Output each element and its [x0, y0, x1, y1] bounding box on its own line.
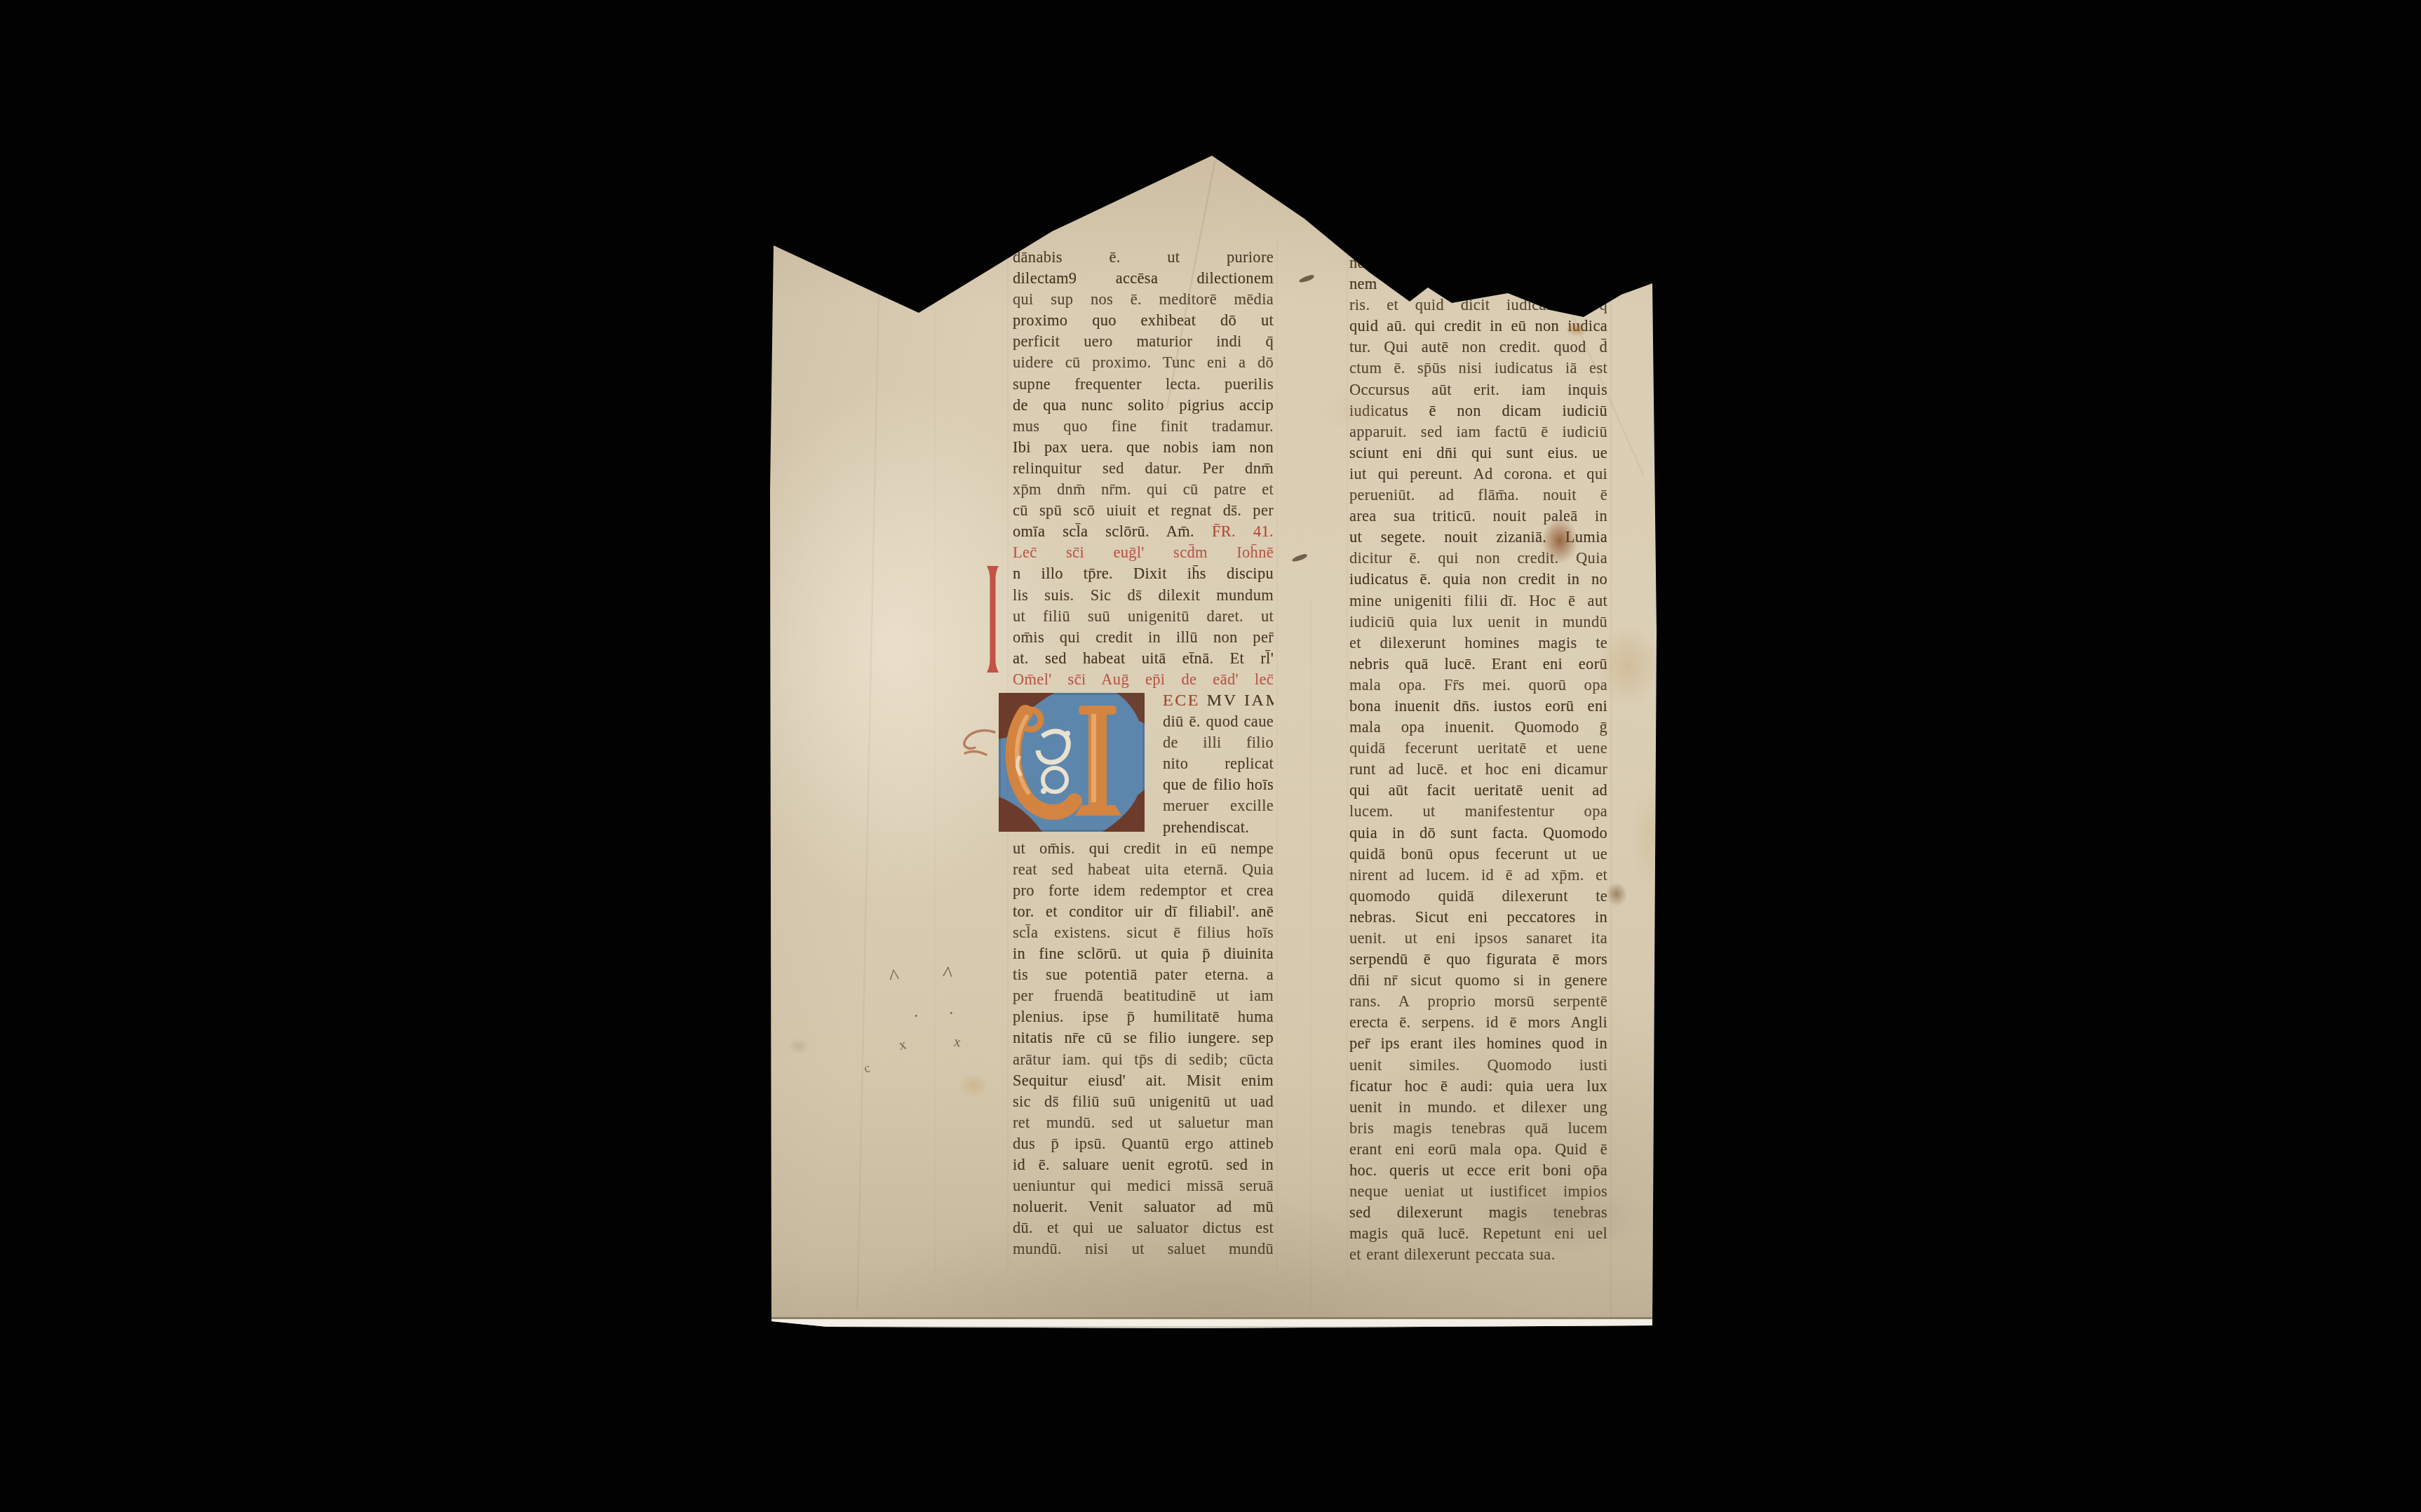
text-line: uenit similes. Quomodo iusti — [1349, 1055, 1607, 1076]
text-line: uenit in mundo. et dilexer ung — [1349, 1097, 1607, 1118]
ink-text: ut om̄is. qui credit in eū nempe — [1013, 839, 1274, 857]
ink-text: qui sup nos ē. meditorē mēdia — [1013, 290, 1274, 308]
text-line: serpendū ē quo figurata ē mors — [1349, 949, 1607, 970]
text-line: omīa scl̄a sclōrū. Am̄. F̄R. 41. — [1013, 521, 1274, 542]
text-line: sic ds̄ filiū suū unigenitū ut uad — [1013, 1091, 1274, 1112]
pen-trial-mark: · — [948, 1004, 955, 1022]
text-line: erant eni eorū mala opa. Quid ē — [1349, 1139, 1607, 1160]
ink-text: meruer excille — [1163, 797, 1274, 814]
text-line: bona inuenit dn̄s. iustos eorū eni — [1349, 696, 1607, 717]
ink-text: iudicatus ē non dicam iudiciū — [1349, 402, 1607, 419]
text-line: dn̄i nr̄ sicut quomo si in genere — [1349, 970, 1607, 991]
ink-text: ueniuntur qui medici missā seruā — [1013, 1177, 1274, 1194]
ink-text: sed dilexerunt magis tenebras — [1349, 1203, 1607, 1221]
ink-text: ret mundū. sed ut saluetur man — [1013, 1114, 1274, 1131]
text-line: apparuit. sed iam factū ē iudiciū — [1349, 421, 1607, 443]
ink-text: quomodo quidā dilexerunt te — [1349, 887, 1607, 905]
ink-text: id ē. saluare uenit egrotū. sed in — [1013, 1156, 1274, 1173]
text-line: mundū. nisi ut saluet mundū — [1013, 1238, 1274, 1260]
text-line: et dilexerunt homines magis te — [1349, 633, 1607, 654]
ink-text: et erant dilexerunt peccata sua. — [1349, 1246, 1556, 1263]
pen-trial-mark: x — [953, 1034, 962, 1049]
ink-text: om̄is qui credit in illū non per̄ — [1013, 628, 1274, 646]
ink-text: uenit. ut eni ipsos sanaret ita — [1349, 929, 1607, 947]
text-line: ut om̄is. qui credit in eū nempe — [1013, 838, 1274, 859]
ink-text: nitatis nr̄e cū se filio iungere. sep — [1013, 1029, 1274, 1046]
ink-text: dn̄i nr̄ sicut quomo si in genere — [1349, 971, 1607, 989]
text-line: at. sed habeat uitā et̄nā. Et rl̄' — [1013, 648, 1274, 669]
ink-text: dus p̄ ipsū. Quantū ergo attineb — [1013, 1135, 1274, 1152]
ink-text: xp̄m dnm̄ nr̄m. qui cū patre et — [1013, 480, 1274, 498]
ink-text: quidā bonū opus fecerunt ut ue — [1349, 845, 1607, 863]
ink-text: noluerit. Venit saluator ad mū — [1013, 1198, 1274, 1215]
text-line: bris magis tenebras quā lucem — [1349, 1118, 1607, 1139]
text-line: nirent ad lucem. id ē ad xp̄m. et — [1349, 865, 1607, 886]
text-line: iut qui pereunt. Ad corona. et qui — [1349, 464, 1607, 485]
text-column-right: nem ut iudicet mūdūnem uis' de ipso nati… — [1349, 252, 1607, 1266]
text-line: tur. Qui autē non credit. quod d̄ — [1349, 337, 1607, 358]
ink-text: ctum ē. sp̄ūs nisi iudicatus iā est — [1349, 359, 1607, 377]
text-line: sed dilexerunt magis tenebras — [1349, 1202, 1607, 1223]
photo-canvas: dānabis ē. ut purioredilectam9 accēsa di… — [0, 0, 2421, 1512]
text-line: tis sue potentiā pater eterna. a — [1013, 964, 1274, 985]
ink-text: at. sed habeat uitā et̄nā. Et rl̄' — [1013, 649, 1274, 667]
text-line: n illo tp̄re. Dixit ih̄s discipu — [1013, 563, 1274, 584]
text-line: Lec̄ sc̄i euḡl' scd̄m Ioh̄nē — [1013, 542, 1274, 563]
ink-text: prehendiscat. dici — [1163, 818, 1249, 838]
ink-text: quidā fecerunt ueritatē et uene — [1349, 739, 1607, 757]
leaf-bottom-edge — [770, 1317, 1658, 1330]
text-line: meruer excille — [1013, 795, 1274, 816]
ink-text: n illo tp̄re. Dixit ih̄s discipu — [1013, 565, 1274, 582]
stain-spot — [1606, 882, 1627, 906]
ruling-line — [1310, 602, 1311, 1317]
gutter-pen-tick — [1292, 553, 1307, 563]
text-line: iudicatus ē. quia non credit in no — [1349, 569, 1607, 590]
text-column-left: dānabis ē. ut purioredilectam9 accēsa di… — [1013, 247, 1274, 1260]
ink-text: et dilexerunt homines magis te — [1349, 634, 1607, 652]
ink-text: sic ds̄ filiū suū unigenitū ut uad — [1013, 1093, 1274, 1110]
text-line: que de filio hoīs — [1013, 774, 1274, 795]
ink-text: nebris quā lucē. Erant eni eorū — [1349, 655, 1607, 673]
ink-text: ris. et quid dicit iudicasseris q̄ — [1349, 296, 1607, 313]
text-line: id ē. saluare uenit egrotū. sed in — [1013, 1154, 1274, 1175]
text-line: per fruendā beatitudinē ut iam — [1013, 985, 1274, 1006]
pen-trial-mark: ^ — [942, 964, 953, 985]
rubric-text: ECE — [1163, 691, 1207, 710]
ink-text: nebras. Sicut eni peccatores in — [1349, 908, 1607, 926]
text-line: mus quo fine finit tradamur. — [1013, 416, 1274, 437]
text-line: rans. A proprio morsū serpentē — [1349, 991, 1607, 1012]
ink-text: neque ueniat ut iustificet impios — [1349, 1182, 1607, 1200]
ink-text: scl̄a existens. sicut ē filius hoīs — [1013, 924, 1274, 941]
ink-text: nem uis' de ipso nati spū — [1349, 275, 1607, 292]
ink-text: Ibi pax uera. que nobis iam non — [1013, 438, 1274, 456]
text-line: uenit. ut eni ipsos sanaret ita — [1349, 928, 1607, 949]
text-line: neque ueniat ut iustificet impios — [1349, 1181, 1607, 1202]
text-line: hoc. queris ut ecce erit boni op̄a — [1349, 1160, 1607, 1181]
text-line: quid aū. qui credit in eū non iudica — [1349, 316, 1607, 337]
text-line: sciunt eni dn̄i qui sunt eius. ue — [1349, 443, 1607, 464]
ink-text: nito replicat — [1163, 755, 1274, 772]
text-line: relinquitur sed datur. Per dnm̄ — [1013, 458, 1274, 479]
rubric-text: Lec̄ sc̄i euḡl' scd̄m Ioh̄nē — [1013, 544, 1274, 561]
ink-text: magis quā lucē. Repetunt eni uel — [1349, 1224, 1607, 1242]
text-line: uidere cū proximo. Tunc eni a dō — [1013, 352, 1274, 373]
text-line: plenius. ipse p̄ humilitatē huma — [1013, 1006, 1274, 1027]
text-line: mala opa. Fr̄s mei. quorū opa — [1349, 675, 1607, 696]
ink-text: uenit similes. Quomodo iusti — [1349, 1056, 1607, 1074]
ruling-line — [1610, 244, 1612, 1317]
ink-text: erant eni eorū mala opa. Quid ē — [1349, 1140, 1607, 1158]
ink-text: apparuit. sed iam factū ē iudiciū — [1349, 423, 1607, 440]
ink-text: erecta ē. serpens. id ē mors Angli — [1349, 1013, 1607, 1031]
text-line: reat sed habeat uita eternā. Quia — [1013, 859, 1274, 880]
ink-text: omīa scl̄a sclōrū. Am̄. — [1013, 522, 1212, 540]
ink-text: per̄ ips erant iles homines quod in — [1349, 1034, 1607, 1052]
text-line: diū ē. quod caue — [1013, 711, 1274, 732]
ink-text: qui aūt facit ueritatē uenit ad — [1349, 781, 1607, 799]
text-line: prehendiscat. dici — [1013, 817, 1274, 838]
stain-spot — [1630, 784, 1676, 889]
ink-text: diū ē. quod caue — [1163, 713, 1274, 730]
ink-text: pro forte idem redemptor et crea — [1013, 882, 1274, 899]
ink-text: tis sue potentiā pater eterna. a — [1013, 966, 1274, 983]
ruling-line — [1347, 244, 1348, 1281]
text-line: ut segete. nouit zizaniā. Lumia — [1349, 527, 1607, 548]
text-line: cū spū scō uiuit et regnat ds̄. per — [1013, 500, 1274, 521]
text-line: ueniuntur qui medici missā seruā — [1013, 1175, 1274, 1196]
pen-trial-mark: ^ — [888, 966, 900, 987]
text-line: iudiciū quia lux uenit in mundū — [1349, 612, 1607, 633]
text-line: noluerit. Venit saluator ad mū — [1013, 1196, 1274, 1217]
ink-text: hoc. queris ut ecce erit boni op̄a — [1349, 1161, 1607, 1179]
stain-spot — [788, 1038, 809, 1055]
ink-text: supne frequenter lecta. puerilis — [1013, 375, 1274, 393]
text-line: ut filiū suū unigenitū daret. ut — [1013, 606, 1274, 627]
ink-text: de illi filio unige — [1163, 734, 1274, 753]
text-line: in fine sclōrū. ut quia p̄ diuinita — [1013, 943, 1274, 964]
ink-text: que de filio hoīs — [1163, 776, 1274, 793]
ink-text: ficatur hoc ē audi: quia uera lux — [1349, 1077, 1607, 1095]
ink-text: iudiciū quia lux uenit in mundū — [1349, 613, 1607, 630]
ruling-line — [1007, 237, 1009, 1271]
text-line: iudicatus ē non dicam iudiciū — [1349, 400, 1607, 421]
ink-text: serpendū ē quo figurata ē mors — [1349, 950, 1607, 968]
ink-text: mundū. nisi ut saluet mundū — [1013, 1240, 1274, 1257]
ink-text: mala opa inuenit. Quomodo ḡ — [1349, 718, 1607, 736]
text-line: nitatis nr̄e cū se filio iungere. sep — [1013, 1027, 1274, 1048]
text-line: quia in dō sunt facta. Quomodo — [1349, 823, 1607, 844]
text-line: nebras. Sicut eni peccatores in — [1349, 907, 1607, 928]
text-line: dānabis ē. ut puriore — [1013, 247, 1274, 268]
ink-text: nirent ad lucem. id ē ad xp̄m. et — [1349, 866, 1607, 884]
ink-text: ut filiū suū unigenitū daret. ut — [1013, 607, 1274, 625]
ink-text: Sequitur eiusd' ait. Misit enim — [1013, 1072, 1274, 1089]
ink-text: in fine sclōrū. ut quia p̄ diuinita — [1013, 945, 1274, 962]
ink-text: bona inuenit dn̄s. iustos eorū eni — [1349, 697, 1607, 715]
text-line: ret mundū. sed ut saluetur man — [1013, 1112, 1274, 1133]
ink-text: reat sed habeat uita eternā. Quia — [1013, 860, 1274, 878]
ink-text: perueniūt. ad flām̄a. nouit ē — [1349, 486, 1607, 504]
text-line: nebris quā lucē. Erant eni eorū — [1349, 654, 1607, 675]
ink-text: cū spū scō uiuit et regnat ds̄. per — [1013, 501, 1274, 519]
ink-text: tur. Qui autē non credit. quod d̄ — [1349, 338, 1607, 356]
ink-text: relinquitur sed datur. Per dnm̄ — [1013, 459, 1274, 477]
ink-text: mine unigeniti filii dī. Hoc ē aut — [1349, 592, 1607, 609]
text-line: quidā fecerunt ueritatē et uene — [1349, 738, 1607, 759]
ink-text: lucem. ut manifestentur opa — [1349, 802, 1607, 820]
text-line: dilectam9 accēsa dilectionem — [1013, 268, 1274, 289]
ink-text: arātur iam. qui tp̄s di sedib; cūcta — [1013, 1051, 1274, 1068]
ink-text: quid aū. qui credit in eū non iudica — [1349, 317, 1607, 335]
text-line: dū. et qui ue saluator dictus est — [1013, 1217, 1274, 1238]
text-line: per̄ ips erant iles homines quod in — [1349, 1033, 1607, 1054]
text-line: perueniūt. ad flām̄a. nouit ē — [1349, 485, 1607, 506]
text-line: nem uis' de ipso nati spū — [1349, 274, 1607, 295]
margin-flourish — [961, 725, 997, 759]
ink-text: dilectam9 accēsa dilectionem — [1013, 269, 1274, 287]
gutter-pen-tick — [1299, 274, 1314, 284]
text-line: magis quā lucē. Repetunt eni uel — [1349, 1223, 1607, 1244]
crease-line — [856, 272, 881, 1310]
ink-text: iudicatus ē. quia non credit in no — [1349, 570, 1607, 588]
text-line: supne frequenter lecta. puerilis — [1013, 374, 1274, 395]
text-line: nem ut iudicet mūdū — [1349, 252, 1607, 274]
ink-text: perficit uero maturior indi q̄ — [1013, 332, 1274, 350]
ink-text: proximo quo exhibeat dō ut — [1013, 311, 1274, 329]
text-line: quidā bonū opus fecerunt ut ue — [1349, 844, 1607, 865]
ink-text: runt ad lucē. et hoc eni dicamur — [1349, 760, 1607, 778]
ink-text: quia in dō sunt facta. Quomodo — [1349, 824, 1607, 842]
ink-text: tor. et conditor uir dī filiabil'. anē — [1013, 903, 1274, 920]
text-line: mala opa inuenit. Quomodo ḡ — [1349, 717, 1607, 738]
text-line: pro forte idem redemptor et crea — [1013, 880, 1274, 901]
text-line: tor. et conditor uir dī filiabil'. anē — [1013, 901, 1274, 922]
text-line: area sua triticū. nouit paleā in — [1349, 506, 1607, 527]
rubric-text: Om̄el' sc̄i Auḡ ep̄i de eād' lec̄ — [1013, 670, 1274, 688]
stain-spot — [958, 1073, 989, 1098]
ink-text: per fruendā beatitudinē ut iam — [1013, 987, 1274, 1004]
ruling-line — [1276, 237, 1278, 1271]
text-line: scl̄a existens. sicut ē filius hoīs — [1013, 922, 1274, 943]
manuscript-leaf: dānabis ē. ut purioredilectam9 accēsa di… — [770, 153, 1658, 1330]
text-line: qui aūt facit ueritatē uenit ad — [1349, 780, 1607, 801]
text-line: lucem. ut manifestentur opa — [1349, 801, 1607, 822]
versal-initial-i — [983, 564, 1002, 675]
text-line: quomodo quidā dilexerunt te — [1349, 886, 1607, 907]
ink-text: mus quo fine finit tradamur. — [1013, 417, 1274, 435]
text-line: dus p̄ ipsū. Quantū ergo attineb — [1013, 1133, 1274, 1154]
ink-text: lis suis. Sic ds̄ dilexit mundum — [1013, 586, 1274, 604]
text-line: de illi filio unige — [1013, 732, 1274, 753]
ink-text: MV IAM — [1207, 691, 1274, 710]
ink-text: rans. A proprio morsū serpentē — [1349, 992, 1607, 1010]
ink-text: de qua nunc solito pigrius accip — [1013, 396, 1274, 414]
text-line: xp̄m dnm̄ nr̄m. qui cū patre et — [1013, 479, 1274, 500]
text-line: mine unigeniti filii dī. Hoc ē aut — [1349, 590, 1607, 612]
ruling-line — [934, 307, 936, 1275]
ink-text: nem ut iudicet mūdū — [1349, 254, 1487, 271]
text-line: Ibi pax uera. que nobis iam non — [1013, 437, 1274, 458]
ink-text: ut segete. nouit zizaniā. Lumia — [1349, 528, 1607, 546]
text-line: et erant dilexerunt peccata sua. — [1349, 1244, 1607, 1265]
text-line: Occursus aūt erit. iam inquis — [1349, 379, 1607, 400]
text-line: Sequitur eiusd' ait. Misit enim — [1013, 1070, 1274, 1091]
ink-text: dicitur ē. qui non credit. Quia — [1349, 549, 1607, 567]
text-line: dicitur ē. qui non credit. Quia — [1349, 548, 1607, 569]
pen-trial-mark: x — [898, 1037, 908, 1053]
text-line: om̄is qui credit in illū non per̄ — [1013, 627, 1274, 648]
ink-text: sciunt eni dn̄i qui sunt eius. ue — [1349, 444, 1607, 461]
ink-text: dānabis ē. ut puriore — [1013, 248, 1274, 266]
text-line: ficatur hoc ē audi: quia uera lux — [1349, 1076, 1607, 1097]
text-line: arātur iam. qui tp̄s di sedib; cūcta — [1013, 1049, 1274, 1070]
text-line: erecta ē. serpens. id ē mors Angli — [1349, 1012, 1607, 1033]
ink-text: uidere cū proximo. Tunc eni a dō — [1013, 353, 1274, 371]
pen-trial-mark: · — [913, 1007, 919, 1025]
ink-text: dū. et qui ue saluator dictus est — [1013, 1219, 1274, 1236]
ink-text: Occursus aūt erit. iam inquis — [1349, 381, 1607, 398]
text-line: nito replicat — [1013, 753, 1274, 774]
text-line: ris. et quid dicit iudicasseris q̄ — [1349, 295, 1607, 316]
text-line: proximo quo exhibeat dō ut — [1013, 310, 1274, 331]
rubric-text: F̄R. 41. — [1212, 522, 1274, 540]
text-line: lis suis. Sic ds̄ dilexit mundum — [1013, 585, 1274, 606]
ink-text: area sua triticū. nouit paleā in — [1349, 507, 1607, 525]
text-line: Om̄el' sc̄i Auḡ ep̄i de eād' lec̄ — [1013, 669, 1274, 690]
text-line: runt ad lucē. et hoc eni dicamur — [1349, 759, 1607, 780]
ink-text: bris magis tenebras quā lucem — [1349, 1119, 1607, 1137]
ink-text: uenit in mundo. et dilexer ung — [1349, 1098, 1607, 1116]
text-line: ctum ē. sp̄ūs nisi iudicatus iā est — [1349, 358, 1607, 379]
ink-text: plenius. ipse p̄ humilitatē huma — [1013, 1008, 1274, 1025]
ink-text: mala opa. Fr̄s mei. quorū opa — [1349, 676, 1607, 694]
pen-trial-mark: c — [862, 1061, 872, 1075]
ink-text: iut qui pereunt. Ad corona. et qui — [1349, 465, 1607, 482]
text-line: qui sup nos ē. meditorē mēdia — [1013, 289, 1274, 310]
text-line: ECE MV IAM — [1013, 690, 1274, 711]
text-line: perficit uero maturior indi q̄ — [1013, 331, 1274, 352]
text-line: de qua nunc solito pigrius accip — [1013, 395, 1274, 416]
